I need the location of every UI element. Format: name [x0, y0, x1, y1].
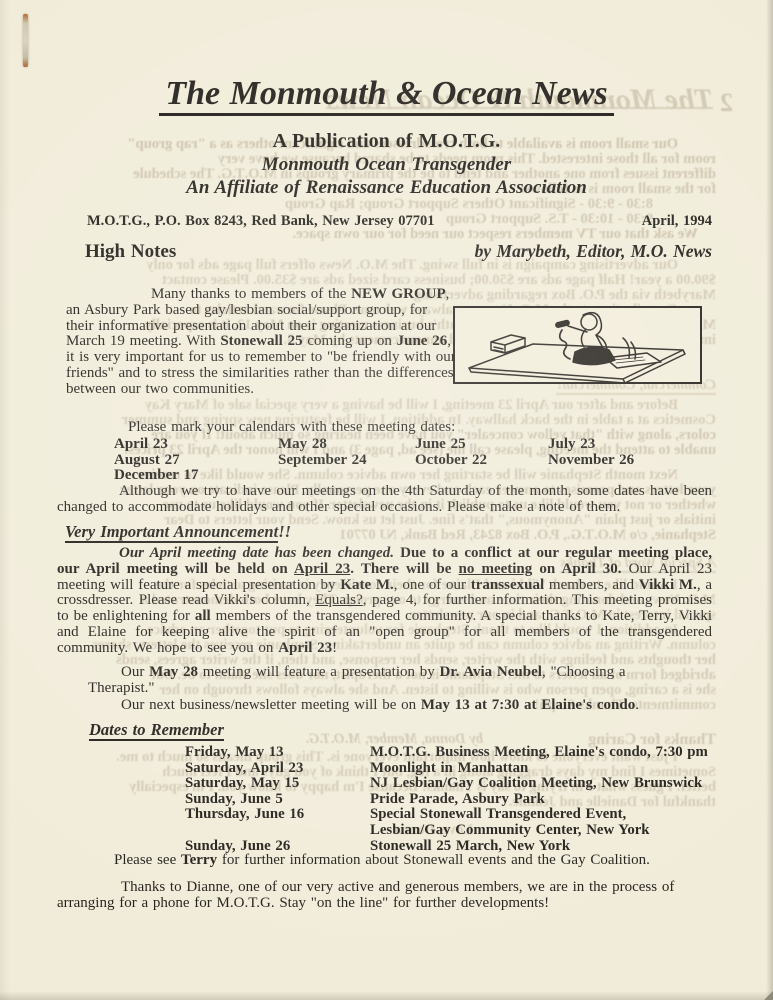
event-description: Special Stonewall Transgendered Event,Le…	[370, 807, 718, 838]
event-description: Moonlight in Manhattan	[370, 761, 718, 777]
announcement-heading: Very Important Announcement!!	[65, 524, 291, 540]
organization-line: Monmouth Ocean Transgender	[0, 157, 773, 173]
event-day: Thursday, June 16	[185, 807, 370, 823]
may-meeting-paragraph: Our May 28 meeting will feature a presen…	[57, 665, 712, 697]
meeting-date: December 17	[114, 468, 278, 484]
affiliation-line: An Affiliate of Renaissance Education As…	[0, 180, 773, 196]
text-run: Equals?	[315, 592, 362, 608]
text-run: Moonlight in Manhattan	[370, 760, 528, 776]
text-run: M.O.T.G. Business Meeting, Elaine's cond…	[370, 744, 708, 760]
text-run: Special Stonewall Transgendered Event,	[370, 806, 626, 822]
meeting-date: September 24	[278, 453, 415, 469]
text-run: Kate M.	[340, 577, 394, 593]
text-run: Our	[121, 664, 149, 680]
business-meeting-paragraph: Our next business/newsletter meeting wil…	[57, 698, 712, 714]
newsletter-page: The Monmouth & Ocean News2Our small room…	[0, 0, 773, 1000]
closing-paragraph: Thanks to Dianne, one of our very active…	[57, 880, 712, 912]
text-run: June 26	[397, 333, 448, 349]
event-day: Saturday, May 15	[185, 776, 370, 792]
page-content: The Monmouth & Ocean News A Publication …	[0, 0, 773, 1000]
meeting-date: October 22	[415, 453, 548, 469]
meeting-date: November 26	[548, 453, 712, 469]
text-run: on April 30.	[532, 561, 621, 577]
text-run: for further information about Stonewall …	[217, 852, 650, 868]
text-run: .	[635, 697, 639, 713]
phone-writer-drawing	[455, 308, 700, 382]
text-run: Many thanks to members of the	[151, 286, 351, 302]
text-run: Stonewall 25	[220, 333, 302, 349]
text-run: Lesbian/Gay Community Center, New York	[370, 822, 650, 838]
text-run: Although we try to have our meetings on …	[57, 483, 712, 515]
event-day: Sunday, June 5	[185, 792, 370, 808]
byline: by Marybeth, Editor, M.O. News	[475, 244, 712, 260]
calendar-intro: Please mark your calendars with these me…	[128, 420, 455, 436]
event-day: Friday, May 13	[185, 745, 370, 761]
text-run: no meeting	[459, 561, 533, 577]
masthead-row: M.O.T.G., P.O. Box 8243, Red Bank, New J…	[87, 214, 712, 230]
text-run: April 23	[294, 561, 350, 577]
text-run: meeting will feature a presentation by	[198, 664, 440, 680]
text-run: Thanks to Dianne, one of our very active…	[57, 879, 674, 911]
meeting-date: July 23	[548, 437, 712, 453]
meeting-date: June 25	[415, 437, 548, 453]
event-day: Saturday, April 23	[185, 761, 370, 777]
event-description: Pride Parade, Asbury Park	[370, 792, 718, 808]
calendar-note: Although we try to have our meetings on …	[57, 484, 712, 516]
meeting-date: August 27	[114, 453, 278, 469]
dates-to-remember-heading: Dates to Remember	[89, 722, 224, 738]
text-run: Dr. Avia Neubel	[440, 664, 542, 680]
mailing-address: M.O.T.G., P.O. Box 8243, Red Bank, New J…	[87, 214, 435, 230]
text-run: April 23	[278, 640, 332, 656]
text-run: Vikki M.	[639, 577, 697, 593]
high-notes-row: High Notes by Marybeth, Editor, M.O. New…	[85, 244, 712, 260]
meeting-date: April 23	[114, 437, 278, 453]
staple-mark	[23, 14, 28, 67]
text-run: Our next business/newsletter meeting wil…	[121, 697, 421, 713]
announcement-heading-text: Very Important Announcement	[65, 522, 278, 543]
stonewall-info-note: Please see Terry for further information…	[114, 853, 650, 869]
text-run: transsexual	[471, 577, 544, 593]
issue-date: April, 1994	[642, 214, 712, 230]
text-run: , "Choosing a	[542, 664, 626, 680]
phone-writer-illustration	[453, 306, 702, 384]
event-description: NJ Lesbian/Gay Coalition Meeting, New Br…	[370, 776, 718, 792]
meeting-dates-grid: April 23 May 28 June 25 July 23 August 2…	[114, 437, 712, 484]
text-run: NEW GROUP	[351, 286, 445, 302]
text-run: NJ Lesbian/Gay Coalition Meeting, New Br…	[370, 775, 702, 791]
page-corner-chip	[764, 991, 773, 1000]
announcement-paragraph: Our April meeting date has been changed.…	[57, 546, 712, 657]
text-run: , one of our	[394, 577, 471, 593]
paragraph-new-group: Many thanks to members of the NEW GROUP,…	[66, 287, 459, 398]
text-run: May 28	[149, 664, 198, 680]
meeting-date: May 28	[278, 437, 415, 453]
section-heading-high-notes: High Notes	[85, 244, 176, 260]
text-run: May 13 at 7:30 at Elaine's condo	[421, 697, 635, 713]
text-run: Please see	[114, 852, 181, 868]
dates-to-remember-heading-text: Dates to Remember	[89, 720, 224, 741]
text-run: members, and	[544, 577, 639, 593]
event-description: M.O.T.G. Business Meeting, Elaine's cond…	[370, 745, 718, 761]
text-run: Terry	[181, 852, 217, 868]
text-run: Pride Parade, Asbury Park	[370, 791, 545, 807]
dates-to-remember-table: Friday, May 13 M.O.T.G. Business Meeting…	[185, 745, 718, 854]
text-run: Therapist."	[88, 680, 155, 696]
text-run: all	[195, 608, 211, 624]
announcement-heading-suffix: !!	[278, 522, 291, 541]
newsletter-title: The Monmouth & Ocean News	[0, 86, 773, 109]
text-run: . There will be	[350, 561, 458, 577]
text-run: !	[332, 640, 337, 656]
text-run: coming up on	[303, 333, 397, 349]
text-run: Our April meeting date has been changed.	[119, 545, 394, 561]
publication-line: A Publication of M.O.T.G.	[0, 134, 773, 150]
newsletter-title-text: The Monmouth & Ocean News	[159, 75, 613, 116]
